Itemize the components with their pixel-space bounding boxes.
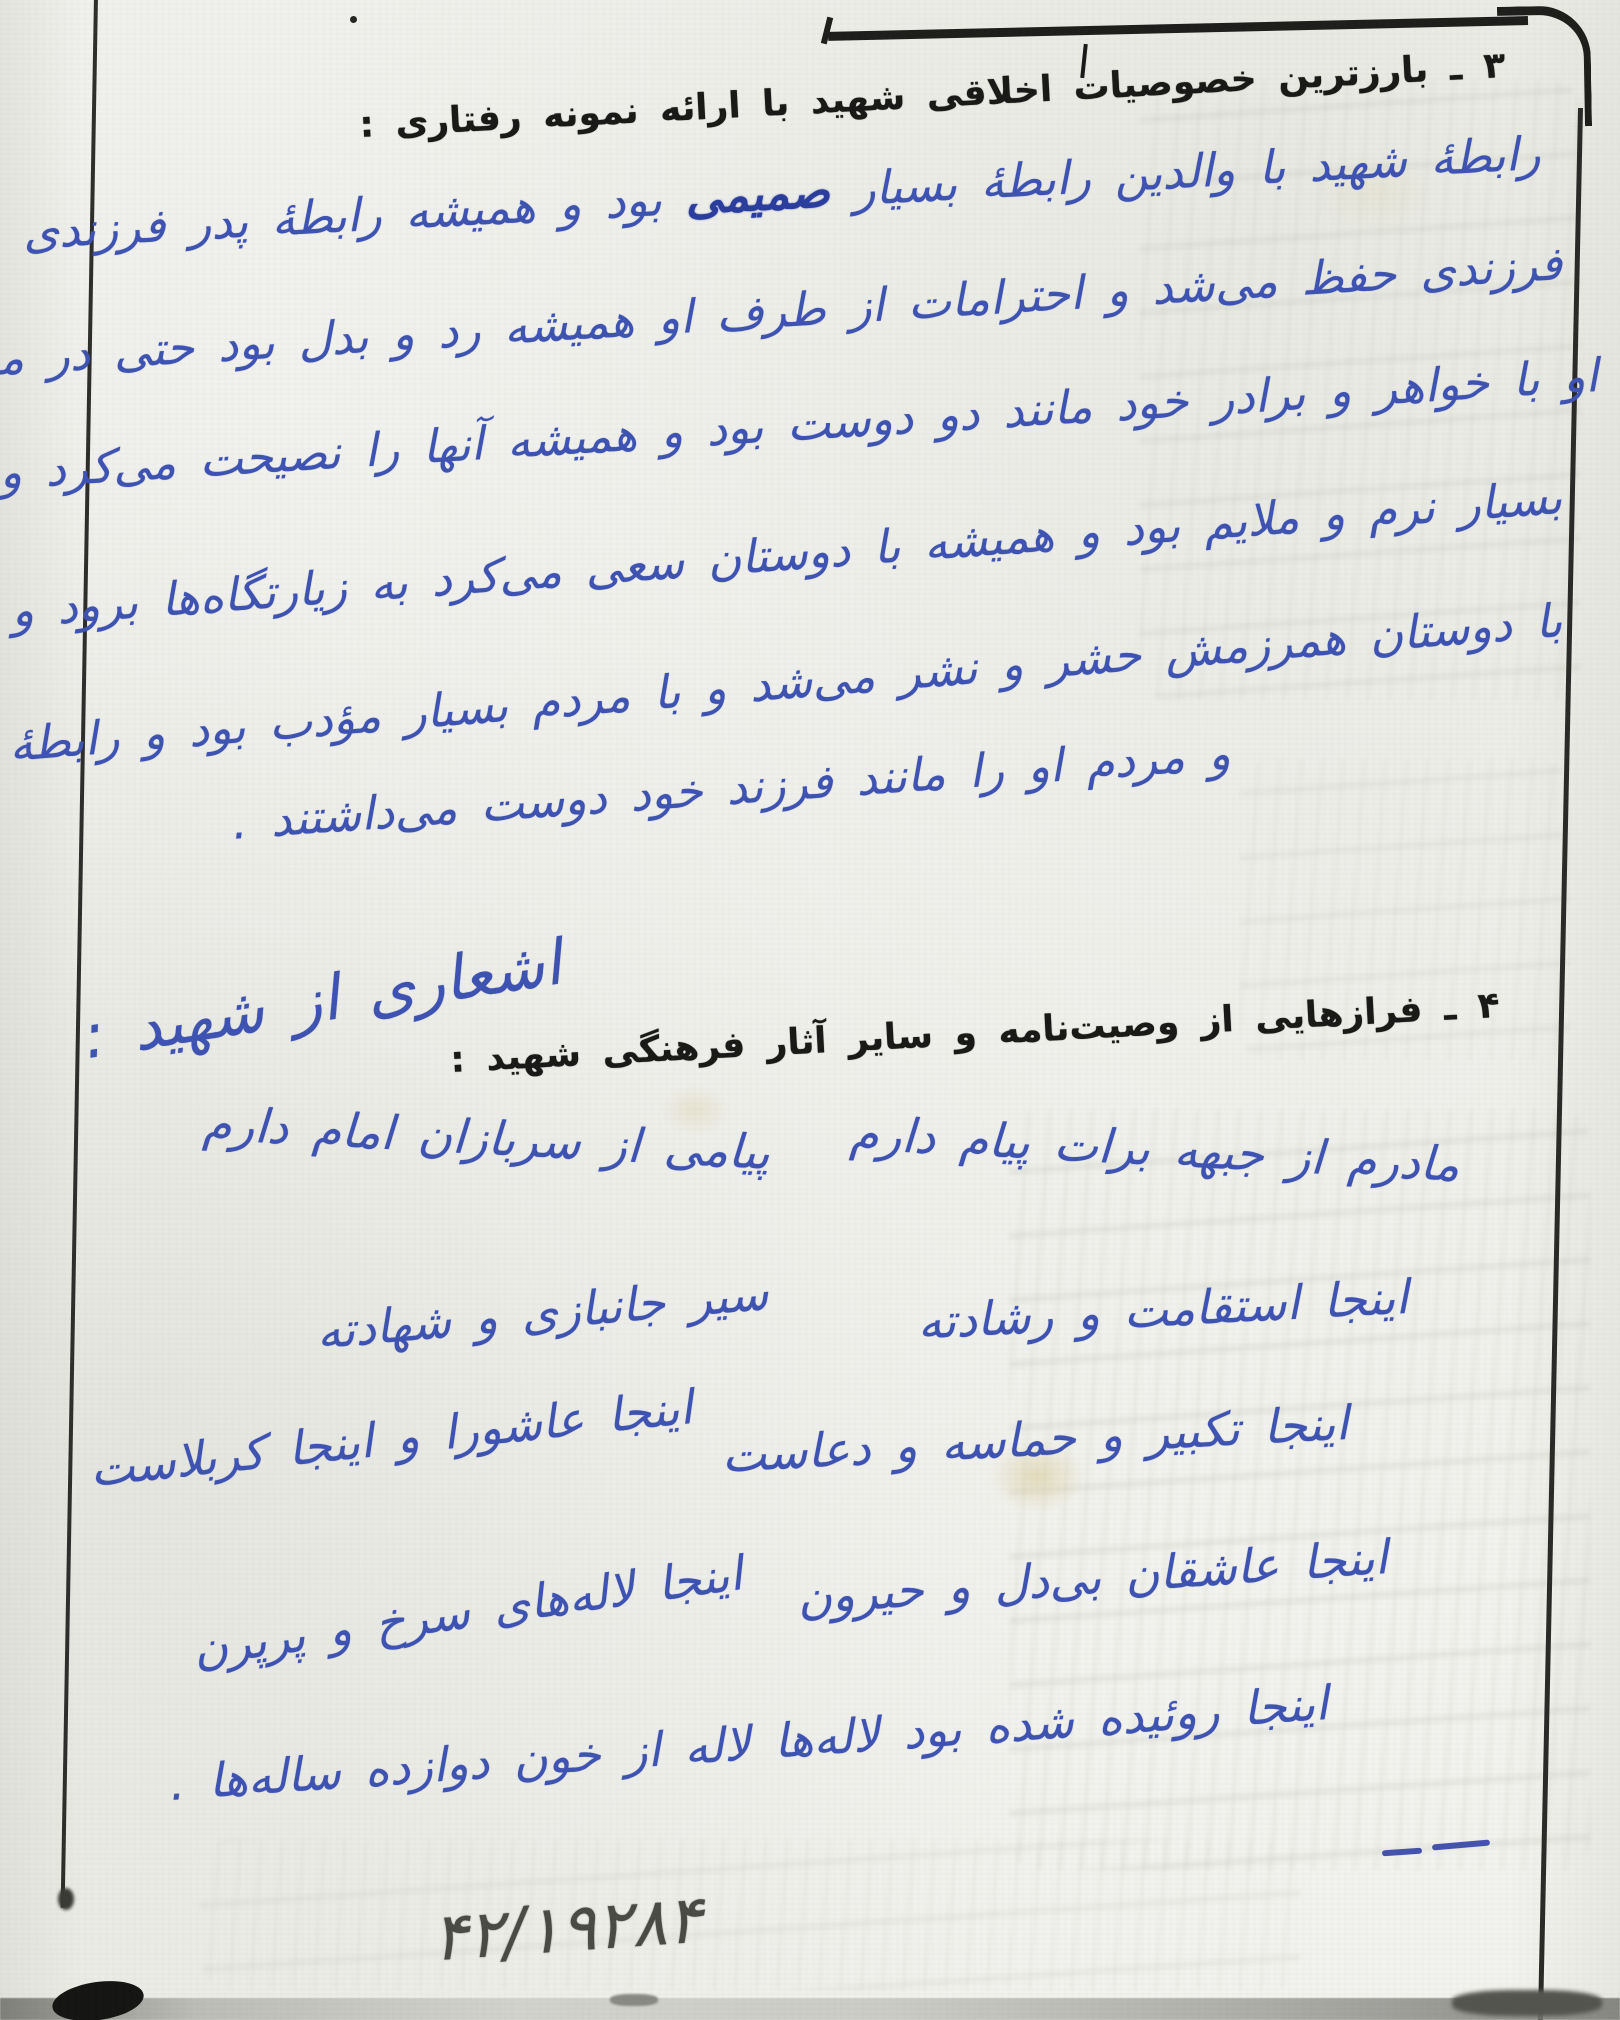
poem-hemistich: اینجا تکبیر و حماسه و دعاست — [720, 1398, 1349, 1482]
paragraph-line: و مردم او را مانند فرزند خود دوست می‌داش… — [230, 728, 1231, 848]
poem-closing-line: اینجا روئیده شده بود لاله‌ها لاله از خون… — [168, 1678, 1330, 1811]
poem-hemistich: پیامی از سربازان امام دارم — [202, 1098, 772, 1179]
paragraph-text: بود و همیشه رابطهٔ پدر فرزندی و مادر — [0, 171, 686, 268]
section-3-heading: ۳ ـ بارزترین خصوصیات اخلاقی شهید با ارائ… — [358, 45, 1506, 146]
stray-ink-dash — [1382, 1848, 1422, 1857]
top-border-line — [828, 16, 1528, 41]
scan-blob — [610, 1994, 658, 2006]
stray-dot — [350, 16, 357, 23]
archive-number: ۴۲/۱۹۲۸۴ — [430, 1881, 705, 1977]
scan-edge-strip — [0, 1998, 1620, 2020]
poem-hemistich: مادرم از جبهه برات پیام دارم — [849, 1108, 1461, 1192]
bleedthrough-patch — [200, 1840, 1300, 1990]
poem-hemistich: اینجا عاشورا و اینجا کربلاست — [87, 1382, 694, 1497]
poem-hemistich: اینجا عاشقان بی‌دل و حیرون — [796, 1532, 1390, 1625]
poem-hemistich: اینجا استقامت و رشادته — [916, 1272, 1409, 1349]
poem-hemistich: سیر جانبازی و شهادته — [314, 1268, 770, 1359]
poem-hemistich: اینجا لاله‌های سرخ و پرپرن — [190, 1548, 746, 1676]
paragraph-line: رابطهٔ شهید با والدین رابطهٔ بسیار صمیمی… — [0, 128, 1541, 266]
emphasized-word: صمیمی — [684, 163, 831, 224]
left-line-end-smudge — [58, 1888, 74, 1910]
section-4-heading: ۴ ـ فرازهایی از وصیت‌نامه و سایر آثار فر… — [450, 985, 1501, 1081]
bleedthrough-patch — [1010, 1110, 1590, 1870]
left-margin-line — [61, 0, 98, 1908]
stray-ink-dash — [1432, 1839, 1490, 1850]
scanned-document-page: ۳ ـ بارزترین خصوصیات اخلاقی شهید با ارائ… — [0, 0, 1620, 2020]
paragraph-text: رابطهٔ شهید با والدین رابطهٔ بسیار — [828, 126, 1541, 217]
scan-blob — [1452, 1990, 1602, 2016]
